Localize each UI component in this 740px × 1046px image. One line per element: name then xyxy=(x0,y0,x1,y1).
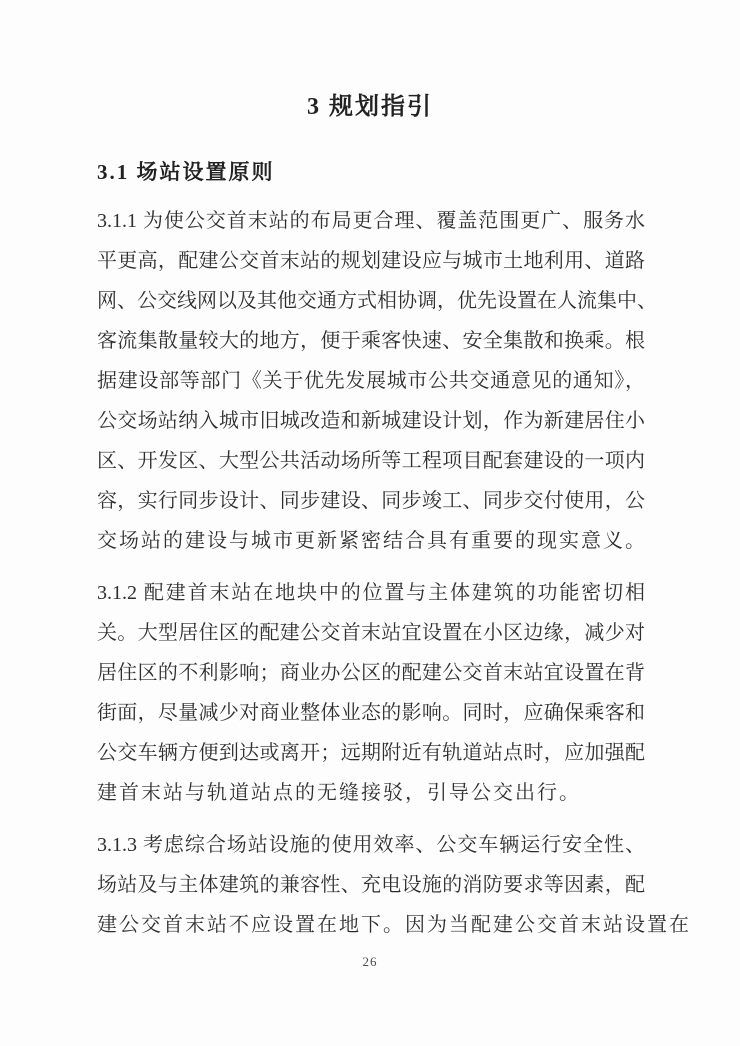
paragraph-line: 建公交首末站不应设置在地下。因为当配建公交首末站设置在 xyxy=(97,905,645,945)
paragraph-line: 3.1.1 为使公交首末站的布局更合理、覆盖范围更广、服务水 xyxy=(97,201,645,241)
paragraph-line: 平更高，配建公交首末站的规划建设应与城市土地利用、道路 xyxy=(97,241,645,281)
paragraph-line: 街面，尽量减少对商业整体业态的影响。同时，应确保乘客和 xyxy=(97,693,645,733)
paragraph-3-1-3: 3.1.3 考虑综合场站设施的使用效率、公交车辆运行安全性、 场站及与主体建筑的… xyxy=(97,825,645,945)
paragraph-line: 容，实行同步设计、同步建设、同步竣工、同步交付使用，公 xyxy=(97,481,645,521)
paragraph-line: 网、公交线网以及其他交通方式相协调，优先设置在人流集中、 xyxy=(97,281,645,321)
paragraph-line: 场站及与主体建筑的兼容性、充电设施的消防要求等因素，配 xyxy=(97,865,645,905)
document-page: 3 规划指引 3.1 场站设置原则 3.1.1 为使公交首末站的布局更合理、覆盖… xyxy=(0,0,740,1046)
paragraph-line: 建首末站与轨道站点的无缝接驳，引导公交出行。 xyxy=(97,773,645,813)
paragraph-3-1-2: 3.1.2 配建首末站在地块中的位置与主体建筑的功能密切相 关。大型居住区的配建… xyxy=(97,573,645,813)
paragraph-line: 3.1.2 配建首末站在地块中的位置与主体建筑的功能密切相 xyxy=(97,573,645,613)
paragraph-line: 客流集散量较大的地方，便于乘客快速、安全集散和换乘。根 xyxy=(97,321,645,361)
paragraph-line: 关。大型居住区的配建公交首末站宜设置在小区边缘，减少对 xyxy=(97,613,645,653)
paragraph-line: 公交车辆方便到达或离开；远期附近有轨道站点时，应加强配 xyxy=(97,733,645,773)
section-heading: 3.1 场站设置原则 xyxy=(97,157,645,187)
paragraph-line: 居住区的不利影响；商业办公区的配建公交首末站宜设置在背 xyxy=(97,653,645,693)
paragraph-line: 区、开发区、大型公共活动场所等工程项目配套建设的一项内 xyxy=(97,441,645,481)
paragraph-line: 交场站的建设与城市更新紧密结合具有重要的现实意义。 xyxy=(97,521,645,561)
paragraph-line: 据建设部等部门《关于优先发展城市公共交通意见的通知》， xyxy=(97,361,645,401)
paragraph-3-1-1: 3.1.1 为使公交首末站的布局更合理、覆盖范围更广、服务水 平更高，配建公交首… xyxy=(97,201,645,561)
paragraph-line: 3.1.3 考虑综合场站设施的使用效率、公交车辆运行安全性、 xyxy=(97,825,645,865)
page-title: 3 规划指引 xyxy=(0,92,740,122)
page-number: 26 xyxy=(0,953,740,971)
paragraph-line: 公交场站纳入城市旧城改造和新城建设计划，作为新建居住小 xyxy=(97,401,645,441)
